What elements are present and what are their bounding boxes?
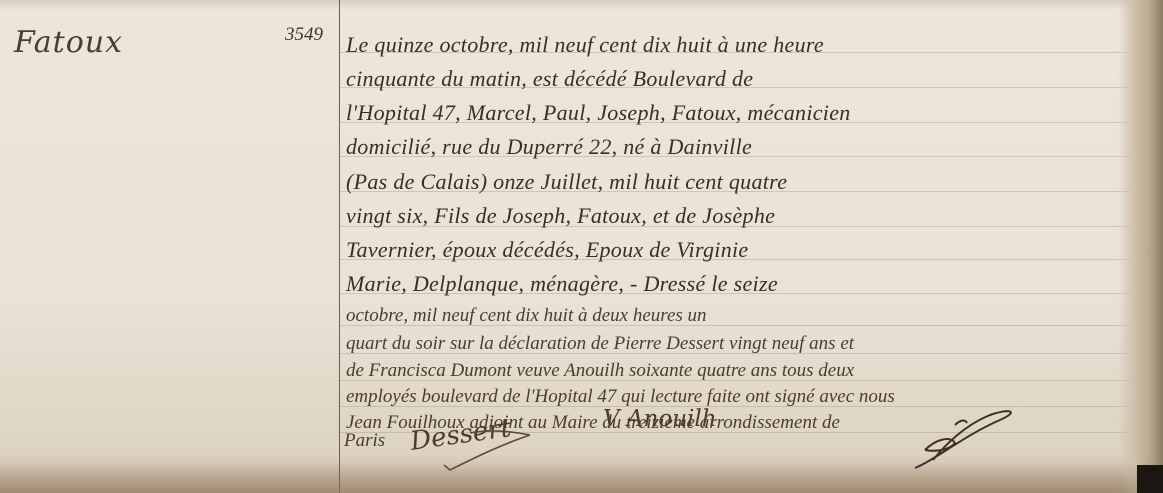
entry-line-2: cinquante du matin, est décédé Boulevard…: [346, 66, 1136, 92]
entry-line-3: l'Hopital 47, Marcel, Paul, Joseph, Fato…: [346, 100, 1136, 126]
page-binding-shadow: [1118, 0, 1163, 493]
entry-line-5: (Pas de Calais) onze Juillet, mil huit c…: [346, 169, 1136, 195]
margin-surname: Fatoux: [14, 25, 123, 60]
entry-line-6: vingt six, Fils de Joseph, Fatoux, et de…: [346, 203, 1136, 229]
entry-line-9: octobre, mil neuf cent dix huit à deux h…: [346, 305, 1136, 327]
entry-line-8: Marie, Delplanque, ménagère, - Dressé le…: [346, 271, 1136, 297]
page-corner: [1137, 465, 1163, 493]
margin-rule: [339, 0, 340, 493]
entry-line-11: de Francisca Dumont veuve Anouilh soixan…: [346, 360, 1136, 382]
entry-line-4: domicilié, rue du Duperré 22, né à Dainv…: [346, 134, 1136, 160]
act-number: 3549: [285, 24, 323, 46]
page-top-shadow: [0, 0, 1163, 10]
page-bottom-shadow: [0, 463, 1163, 493]
entry-line-10: quart du soir sur la déclaration de Pier…: [346, 333, 1136, 355]
entry-line-7: Tavernier, époux décédés, Epoux de Virgi…: [346, 237, 1136, 263]
entry-line-14: Paris: [344, 430, 385, 452]
register-page: Fatoux 3549 Le quinze octobre, mil neuf …: [0, 0, 1163, 493]
signature-anouilh: V Anouilh: [603, 406, 717, 432]
entry-line-1: Le quinze octobre, mil neuf cent dix hui…: [346, 32, 1136, 58]
